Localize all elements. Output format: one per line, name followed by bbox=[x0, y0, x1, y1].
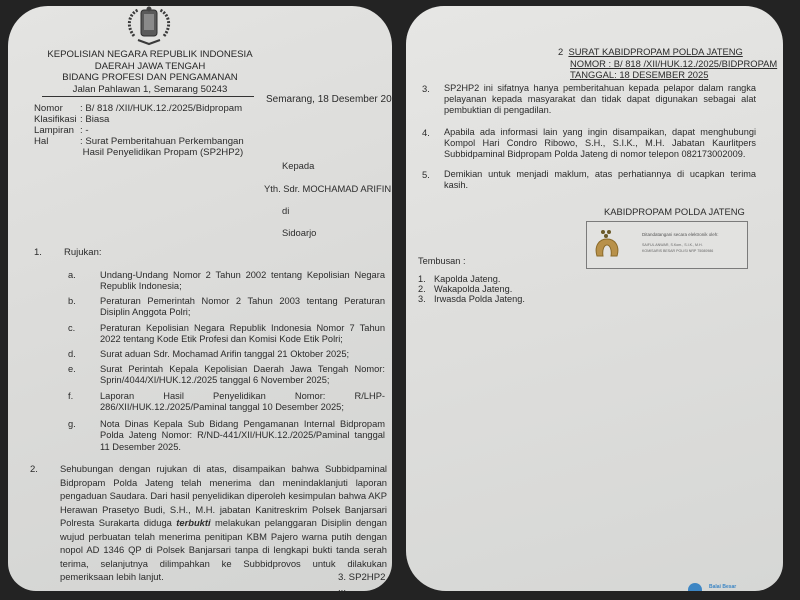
signer-rank: KOMISARIS BESAR POLISI NRP 75080986 bbox=[642, 249, 713, 253]
letter-page-1: KEPOLISIAN NEGARA REPUBLIK INDONESIA DAE… bbox=[8, 6, 392, 591]
signatory-title: KABIDPROPAM POLDA JATENG bbox=[604, 206, 745, 217]
letterhead-underline bbox=[42, 96, 254, 97]
watermark-text: Balai Besar bbox=[709, 584, 736, 590]
item-3-number: 3. bbox=[422, 83, 430, 94]
letterhead: KEPOLISIAN NEGARA REPUBLIK INDONESIA DAE… bbox=[38, 49, 262, 95]
item-4-number: 4. bbox=[422, 127, 430, 138]
cc-item: 3.Irwasda Polda Jateng. bbox=[418, 294, 525, 304]
ref-letter: a. bbox=[68, 270, 76, 280]
ref-letter: g. bbox=[68, 419, 76, 429]
item-5-number: 5. bbox=[422, 169, 430, 180]
page-reference-header: 2 SURAT KABIDPROPAM POLDA JATENG NOMOR :… bbox=[558, 46, 777, 81]
ref-letter: c. bbox=[68, 323, 75, 333]
item-1-title: Rujukan: bbox=[64, 247, 102, 258]
reference-line-1: 2 SURAT KABIDPROPAM POLDA JATENG bbox=[558, 46, 777, 58]
ref-text: Nota Dinas Kepala Sub Bidang Pengamanan … bbox=[100, 419, 385, 453]
ref-text: Surat Perintah Kepala Kepolisian Daerah … bbox=[100, 364, 385, 387]
recipient-name: Yth. Sdr. MOCHAMAD ARIFIN bbox=[264, 183, 391, 194]
continued-marker: 3. SP2HP2 ... bbox=[338, 572, 392, 591]
item-3-text: SP2HP2 ini sifatnya hanya pemberitahuan … bbox=[444, 83, 756, 115]
cc-item: 2.Wakapolda Jateng. bbox=[418, 284, 512, 294]
meta-klasifikasi: Klasifikasi: Biasa bbox=[34, 114, 109, 125]
item-2-number: 2. bbox=[30, 464, 38, 475]
recipient-place: Sidoarjo bbox=[282, 227, 316, 238]
recipient-kepada: Kepada bbox=[282, 160, 314, 171]
meta-lampiran: Lampiran: - bbox=[34, 125, 89, 136]
ref-letter: b. bbox=[68, 296, 76, 306]
electronic-signature-box: Ditandatangani secara elektronik oleh: S… bbox=[586, 221, 748, 269]
signer-name: SAIFUL ANWAR, S.Kom., S.I.K., M.H. bbox=[642, 243, 703, 247]
ref-text: Peraturan Kepolisian Negara Republik Ind… bbox=[100, 323, 385, 346]
recipient-di: di bbox=[282, 205, 289, 216]
letter-page-2: 2 SURAT KABIDPROPAM POLDA JATENG NOMOR :… bbox=[406, 6, 783, 591]
signed-note: Ditandatangani secara elektronik oleh: bbox=[642, 232, 719, 237]
reference-line-3: TANGGAL: 18 DESEMBER 2025 bbox=[558, 69, 777, 81]
letterhead-line: DAERAH JAWA TENGAH bbox=[38, 61, 262, 73]
meta-nomor: Nomor: B/ 818 /XII/HUK.12./2025/Bidpropa… bbox=[34, 103, 242, 114]
item-2-paragraph: Sehubungan dengan rujukan di atas, disam… bbox=[60, 462, 387, 584]
emphasis-terbukti: terbukti bbox=[176, 517, 210, 528]
item-1-number: 1. bbox=[34, 247, 42, 258]
letter-date: Semarang, 18 Desember 2025 bbox=[266, 94, 392, 105]
ref-text: Surat aduan Sdr. Mochamad Arifin tanggal… bbox=[100, 349, 385, 360]
item-5-text: Demikian untuk menjadi maklum, atas perh… bbox=[444, 169, 756, 191]
ref-letter: d. bbox=[68, 349, 76, 359]
cc-item: 1.Kapolda Jateng. bbox=[418, 274, 500, 284]
ref-letter: f. bbox=[68, 391, 73, 401]
police-emblem-icon bbox=[124, 6, 174, 46]
ref-text: Peraturan Pemerintah Nomor 2 Tahun 2003 … bbox=[100, 296, 385, 319]
meta-hal-continued: Hasil Penyelidikan Propam (SP2HP2) bbox=[34, 147, 243, 158]
ref-text: Undang-Undang Nomor 2 Tahun 2002 tentang… bbox=[100, 270, 385, 293]
reference-line-2: NOMOR : B/ 818 /XII/HUK.12./2025/BIDPROP… bbox=[558, 58, 777, 70]
police-emblem-icon bbox=[593, 228, 621, 260]
ref-text: Laporan Hasil Penyelidikan Nomor: R/LHP-… bbox=[100, 391, 385, 414]
item-4-text: Apabila ada informasi lain yang ingin di… bbox=[444, 127, 756, 159]
cc-title: Tembusan : bbox=[418, 256, 466, 266]
ref-letter: e. bbox=[68, 364, 76, 374]
watermark-logo-icon bbox=[688, 583, 702, 591]
letterhead-line: BIDANG PROFESI DAN PENGAMANAN bbox=[38, 72, 262, 84]
letterhead-line: KEPOLISIAN NEGARA REPUBLIK INDONESIA bbox=[38, 49, 262, 61]
meta-hal: Hal: Surat Pemberitahuan Perkembangan bbox=[34, 136, 244, 147]
letterhead-address: Jalan Pahlawan 1, Semarang 50243 bbox=[38, 84, 262, 96]
